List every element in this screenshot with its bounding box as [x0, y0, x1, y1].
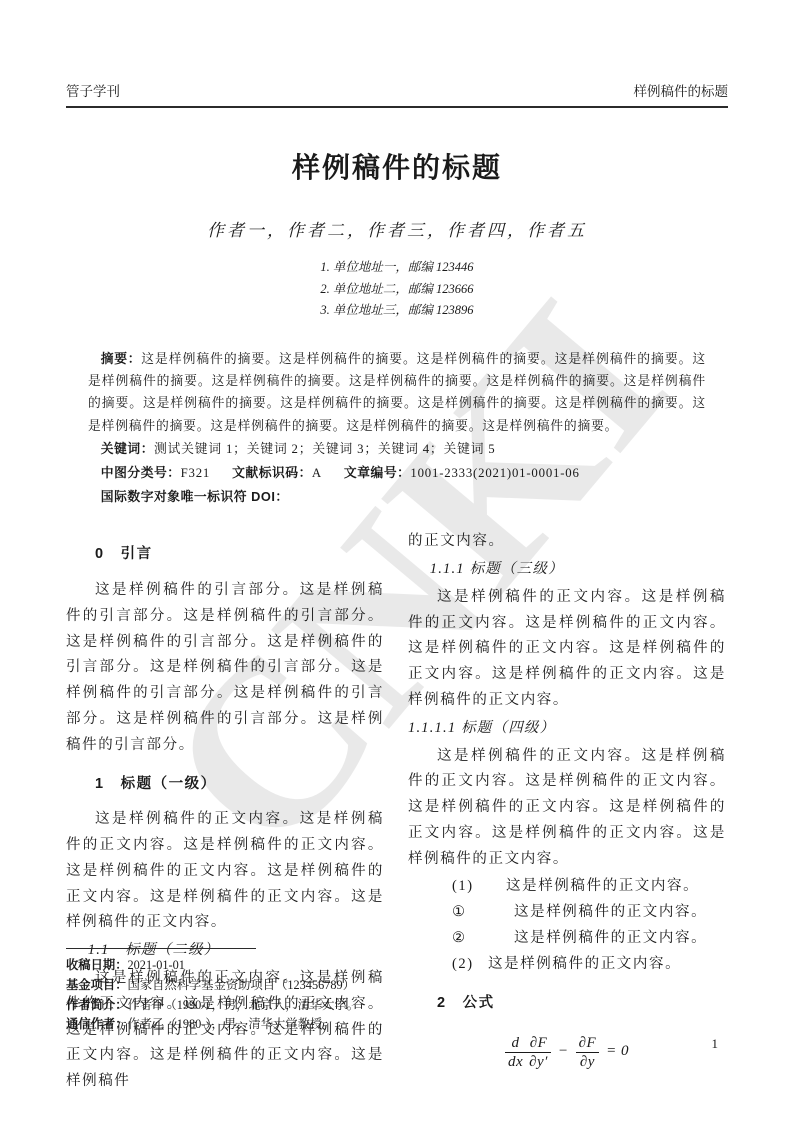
- clc-value: F321: [181, 466, 211, 480]
- numerator: d: [505, 1034, 526, 1053]
- running-title: 样例稿件的标题: [634, 80, 729, 100]
- list-text: 这是样例稿件的正文内容。: [514, 900, 726, 926]
- list-item: (2) 这是样例稿件的正文内容。: [408, 952, 726, 978]
- fraction-dF-dy: ∂F∂y: [576, 1034, 600, 1071]
- footnote-block: 收稿日期：2021-01-01 基金项目：国家自然科学基金资助项目（123456…: [66, 948, 386, 1035]
- section-heading-1: 1 标题（一级）: [66, 772, 384, 798]
- euler-lagrange-formula: ddx∂F∂y′−∂F∂y= 0: [408, 1034, 726, 1071]
- abstract-text: 这是样例稿件的摘要。这是样例稿件的摘要。这是样例稿件的摘要。这是样例稿件的摘要。…: [88, 352, 706, 433]
- section-1-1-1-paragraph: 这是样例稿件的正文内容。这是样例稿件的正文内容。这是样例稿件的正文内容。这是样例…: [408, 585, 726, 714]
- numerator: ∂F: [576, 1034, 600, 1053]
- footnote-rule: [66, 948, 256, 949]
- affiliation-item: 1. 单位地址一，邮编 123446: [66, 257, 728, 279]
- denominator: dx: [505, 1053, 526, 1071]
- denominator: ∂y′: [526, 1053, 551, 1071]
- list-text: 这是样例稿件的正文内容。: [488, 952, 726, 978]
- list-item: ① 这是样例稿件的正文内容。: [408, 900, 726, 926]
- page-content: 管子学刊 样例稿件的标题 样例稿件的标题 作者一，作者二，作者三，作者四，作者五…: [0, 0, 794, 1095]
- section-heading-intro: 0 引言: [66, 542, 384, 568]
- doc-code-label: 文献标识码：: [232, 465, 312, 480]
- section-heading-2: 2 公式: [408, 991, 726, 1017]
- footnote-text: 作者甲（1990-），男，北京人，清华大学。: [128, 998, 360, 1012]
- article-id-value: 1001-2333(2021)01-0001-06: [410, 466, 579, 480]
- numerator: ∂F: [526, 1034, 551, 1053]
- authors-line: 作者一，作者二，作者三，作者四，作者五: [66, 216, 728, 241]
- doi-label: 国际数字对象唯一标识符 DOI：: [101, 489, 289, 504]
- journal-name: 管子学刊: [66, 80, 120, 100]
- footnote-label: 通信作者：: [66, 1017, 128, 1031]
- fraction-d-dx: ddx: [505, 1034, 526, 1071]
- keywords-label: 关键词：: [101, 441, 154, 456]
- intro-paragraph: 这是样例稿件的引言部分。这是样例稿件的引言部分。这是样例稿件的引言部分。这是样例…: [66, 578, 384, 759]
- footnote-row: 收稿日期：2021-01-01: [66, 956, 386, 976]
- affiliation-item: 2. 单位地址二，邮编 123666: [66, 279, 728, 301]
- footnote-text: 2021-01-01: [128, 958, 185, 972]
- footnote-label: 基金项目：: [66, 978, 128, 992]
- list-marker: ①: [452, 900, 514, 926]
- right-column: 的正文内容。 1.1.1 标题（三级） 这是样例稿件的正文内容。这是样例稿件的正…: [408, 529, 726, 1095]
- list-marker: (2): [452, 952, 488, 978]
- subsection-heading-1-1-1-1: 1.1.1.1 标题（四级）: [408, 716, 726, 742]
- article-title: 样例稿件的标题: [66, 146, 728, 186]
- front-matter: 摘要：这是样例稿件的摘要。这是样例稿件的摘要。这是样例稿件的摘要。这是样例稿件的…: [88, 348, 706, 510]
- keywords-text: 测试关键词 1；关键词 2；关键词 3；关键词 4；关键词 5: [154, 442, 496, 456]
- running-header: 管子学刊 样例稿件的标题: [66, 80, 728, 108]
- document-page: CNKI 管子学刊 样例稿件的标题 样例稿件的标题 作者一，作者二，作者三，作者…: [0, 0, 794, 1123]
- footnote-row: 基金项目：国家自然科学基金资助项目（123456789）: [66, 976, 386, 996]
- equals-zero: = 0: [606, 1043, 629, 1059]
- subsection-heading-1-1-1: 1.1.1 标题（三级）: [408, 557, 726, 583]
- affiliation-item: 3. 单位地址三，邮编 123896: [66, 300, 728, 322]
- fraction-dF-dyprime: ∂F∂y′: [526, 1034, 551, 1071]
- numbered-list: (1) 这是样例稿件的正文内容。 ① 这是样例稿件的正文内容。 ② 这是样例稿件…: [408, 874, 726, 977]
- affiliation-list: 1. 单位地址一，邮编 123446 2. 单位地址二，邮编 123666 3.…: [66, 257, 728, 322]
- list-text: 这是样例稿件的正文内容。: [506, 874, 726, 900]
- list-item: (1) 这是样例稿件的正文内容。: [408, 874, 726, 900]
- doi-line: 国际数字对象唯一标识符 DOI：: [88, 485, 706, 509]
- footnote-label: 收稿日期：: [66, 958, 128, 972]
- list-marker: (1): [452, 874, 506, 900]
- footnote-label: 作者简介：: [66, 998, 128, 1012]
- minus-operator: −: [558, 1043, 569, 1059]
- footnote-row: 通信作者：作者乙（1980-），男，清华大学教授。: [66, 1015, 386, 1035]
- list-marker: ②: [452, 926, 514, 952]
- doc-code-value: A: [312, 466, 322, 480]
- abstract-paragraph: 摘要：这是样例稿件的摘要。这是样例稿件的摘要。这是样例稿件的摘要。这是样例稿件的…: [88, 348, 706, 438]
- section-1-1-1-1-paragraph: 这是样例稿件的正文内容。这是样例稿件的正文内容。这是样例稿件的正文内容。这是样例…: [408, 744, 726, 873]
- footnote-text: 作者乙（1980-），男，清华大学教授。: [128, 1017, 335, 1031]
- section-1-paragraph: 这是样例稿件的正文内容。这是样例稿件的正文内容。这是样例稿件的正文内容。这是样例…: [66, 807, 384, 936]
- list-text: 这是样例稿件的正文内容。: [514, 926, 726, 952]
- clc-label: 中图分类号：: [101, 465, 181, 480]
- classification-line: 中图分类号：F321文献标识码：A文章编号：1001-2333(2021)01-…: [88, 461, 706, 485]
- page-number: 1: [712, 1036, 719, 1052]
- abstract-label: 摘要：: [101, 351, 141, 366]
- section-1-1-paragraph-continuation: 的正文内容。: [408, 529, 726, 555]
- footnote-text: 国家自然科学基金资助项目（123456789）: [128, 978, 356, 992]
- denominator: ∂y: [576, 1053, 600, 1071]
- list-item: ② 这是样例稿件的正文内容。: [408, 926, 726, 952]
- footnote-row: 作者简介：作者甲（1990-），男，北京人，清华大学。: [66, 996, 386, 1016]
- keywords-line: 关键词：测试关键词 1；关键词 2；关键词 3；关键词 4；关键词 5: [88, 437, 706, 461]
- article-id-label: 文章编号：: [344, 465, 410, 480]
